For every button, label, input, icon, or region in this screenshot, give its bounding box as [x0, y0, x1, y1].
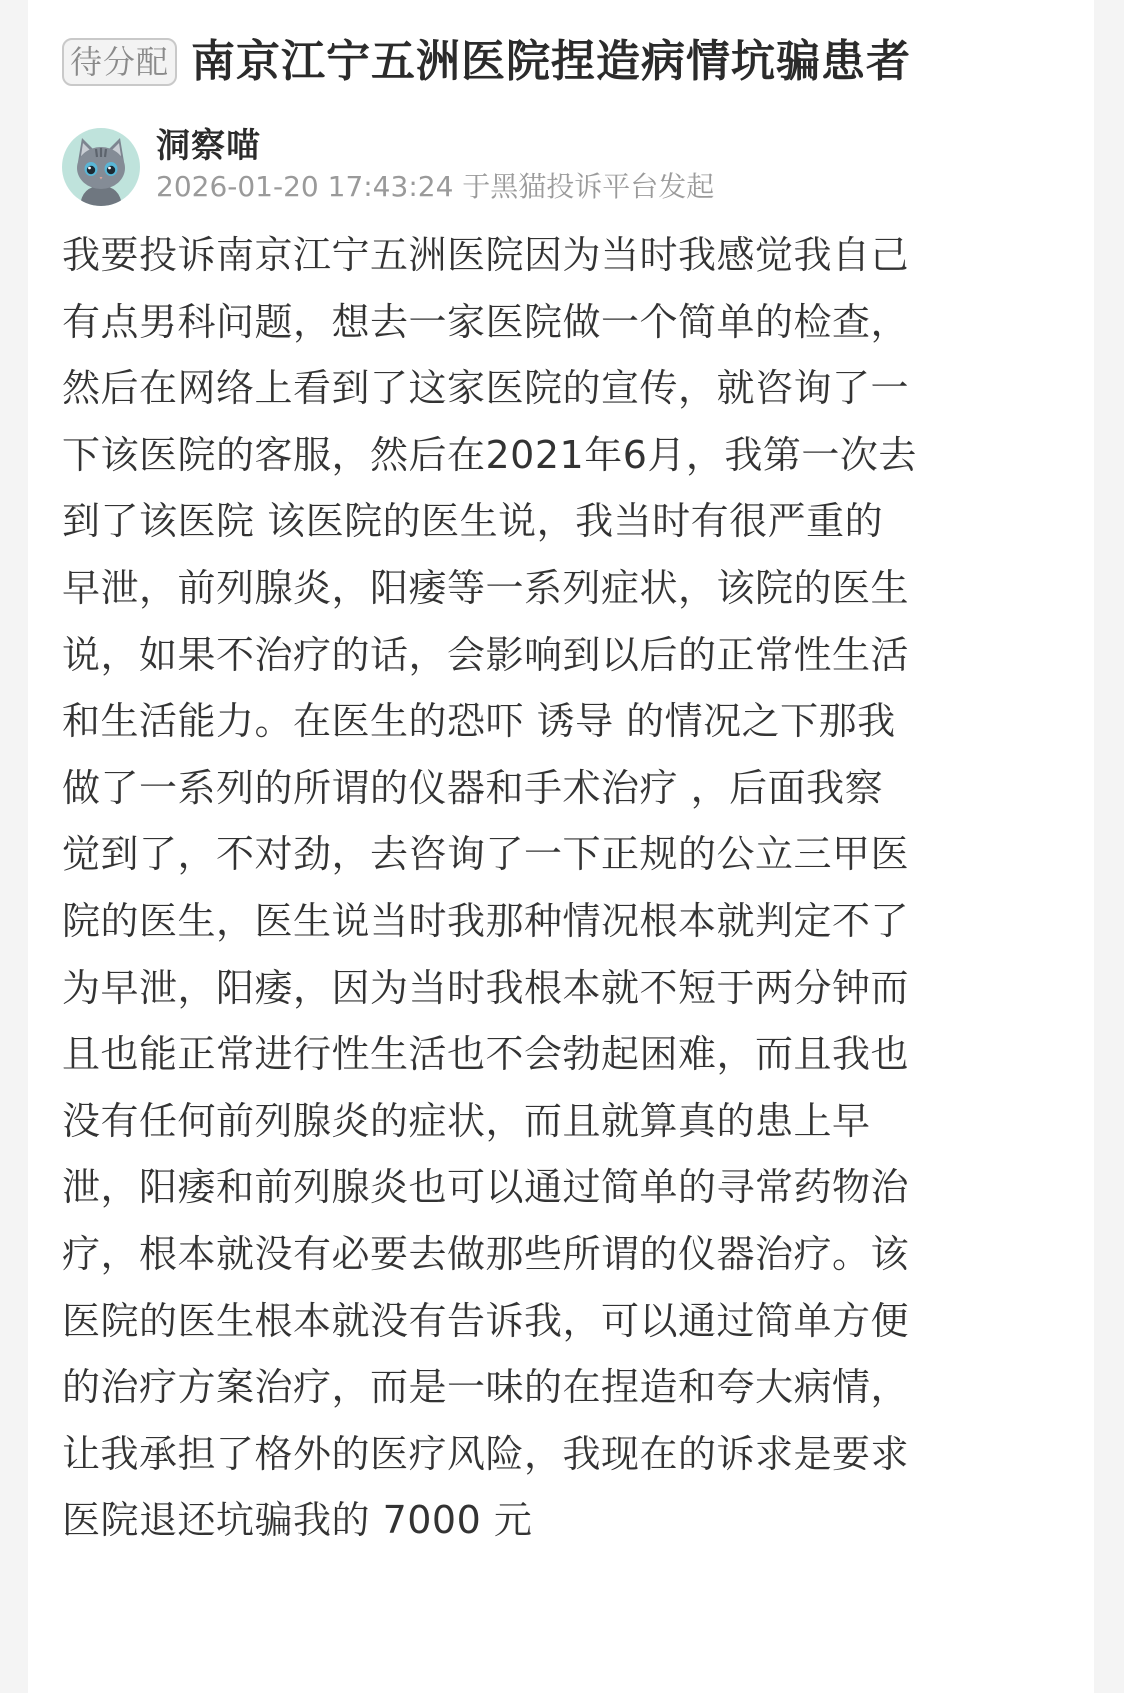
avatar[interactable] [62, 128, 140, 206]
body-line: 然后在网络上看到了这家医院的宣传，就咨询了一 [62, 355, 1082, 422]
body-line: 说，如果不治疗的话，会影响到以后的正常性生活 [62, 622, 1082, 689]
body-line: 院的医生，医生说当时我那种情况根本就判定不了 [62, 888, 1082, 955]
body-line: 有点男科问题，想去一家医院做一个简单的检查， [62, 289, 1082, 356]
body-line: 做了一系列的所谓的仪器和手术治疗 ，后面我察 [62, 755, 1082, 822]
status-badge: 待分配 [62, 38, 177, 86]
body-line: 医院的医生根本就没有告诉我，可以通过简单方便 [62, 1288, 1082, 1355]
body-line: 为早泄，阳痿，因为当时我根本就不短于两分钟而 [62, 955, 1082, 1022]
body-line: 且也能正常进行性生活也不会勃起困难，而且我也 [62, 1021, 1082, 1088]
cat-avatar-icon [62, 128, 140, 206]
body-line: 让我承担了格外的医疗风险，我现在的诉求是要求 [62, 1421, 1082, 1488]
body-line: 早泄，前列腺炎，阳痿等一系列症状，该院的医生 [62, 555, 1082, 622]
body-line: 觉到了，不对劲，去咨询了一下正规的公立三甲医 [62, 821, 1082, 888]
complaint-body: 我要投诉南京江宁五洲医院因为当时我感觉我自己 有点男科问题，想去一家医院做一个简… [62, 222, 1082, 1554]
body-line: 和生活能力。在医生的恐吓 诱导 的情况之下那我 [62, 688, 1082, 755]
body-line: 的治疗方案治疗，而是一味的在捏造和夸大病情， [62, 1354, 1082, 1421]
body-line: 医院退还坑骗我的 7000 元 [62, 1487, 1082, 1554]
complaint-card: 待分配 南京江宁五洲医院捏造病情坑骗患者 [28, 0, 1094, 1693]
author-meta: 洞察喵 2026-01-20 17:43:24 于黑猫投诉平台发起 [156, 126, 714, 206]
body-line: 泄，阳痿和前列腺炎也可以通过简单的寻常药物治 [62, 1154, 1082, 1221]
title-row: 待分配 南京江宁五洲医院捏造病情坑骗患者 [62, 36, 911, 88]
body-line: 到了该医院 该医院的医生说，我当时有很严重的 [62, 488, 1082, 555]
body-line: 没有任何前列腺炎的症状，而且就算真的患上早 [62, 1088, 1082, 1155]
author-name[interactable]: 洞察喵 [156, 126, 714, 166]
page-title: 南京江宁五洲医院捏造病情坑骗患者 [191, 36, 911, 88]
body-line: 下该医院的客服，然后在2021年6月，我第一次去 [62, 422, 1082, 489]
author-block: 洞察喵 2026-01-20 17:43:24 于黑猫投诉平台发起 [62, 126, 714, 206]
body-line: 疗，根本就没有必要去做那些所谓的仪器治疗。该 [62, 1221, 1082, 1288]
post-timestamp: 2026-01-20 17:43:24 于黑猫投诉平台发起 [156, 168, 714, 206]
body-line: 我要投诉南京江宁五洲医院因为当时我感觉我自己 [62, 222, 1082, 289]
